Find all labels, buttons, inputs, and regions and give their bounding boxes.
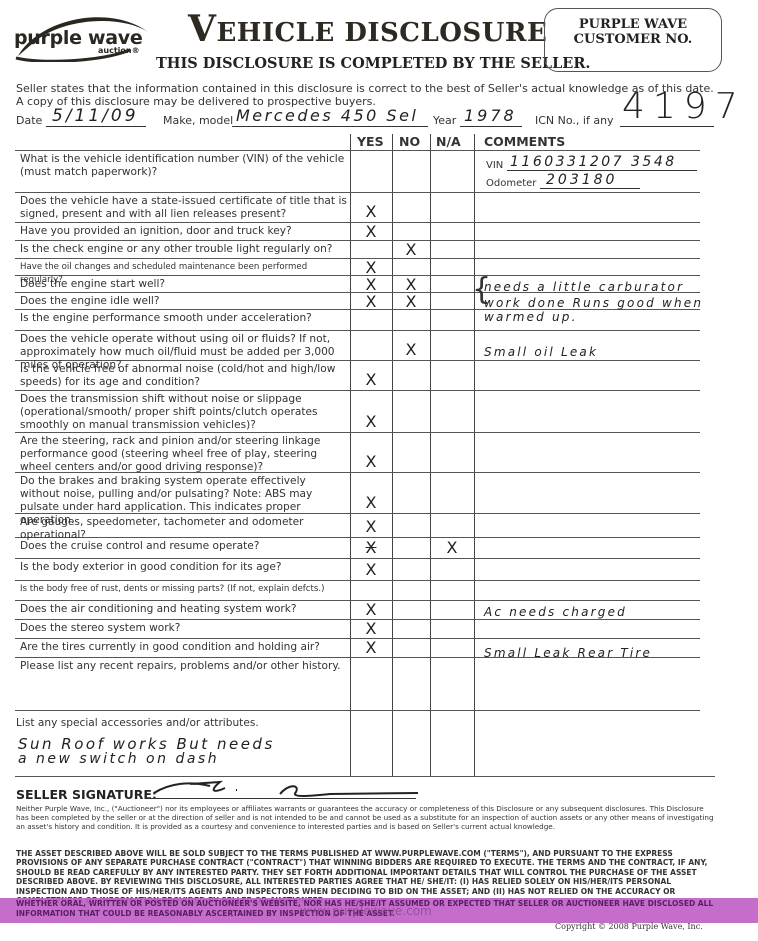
year-label: Year <box>433 114 456 127</box>
question-row: Does the transmission shift without nois… <box>20 393 348 432</box>
answer-cell-no[interactable] <box>392 309 430 330</box>
answer-cell-na[interactable] <box>433 472 471 513</box>
checkmark-x-icon: X <box>366 452 377 471</box>
question-row: Is the body exterior in good condition f… <box>20 561 348 574</box>
column-header-yes: YES <box>357 134 384 149</box>
column-header-comments: COMMENTS <box>484 134 565 149</box>
question-row: Is the engine performance smooth under a… <box>20 312 348 325</box>
answer-cell-no[interactable] <box>392 192 430 222</box>
answer-cell-no[interactable] <box>392 558 430 580</box>
signature-scribble-icon <box>150 778 420 800</box>
answer-cell-no[interactable] <box>392 258 430 275</box>
question-row: Are the tires currently in good conditio… <box>20 641 348 654</box>
page-title: VEHICLE DISCLOSURE <box>188 8 547 50</box>
answer-cell-na[interactable] <box>433 657 471 710</box>
column-header-na: N/A <box>436 134 461 149</box>
checkmark-x-icon: X <box>366 560 377 579</box>
checkmark-x-icon: X <box>366 517 377 536</box>
watermark: www.purplewave.com <box>300 904 432 918</box>
answer-cell-yes[interactable] <box>352 150 390 192</box>
comment-ac: Ac needs charged <box>484 605 627 619</box>
intro-text: Seller states that the information conta… <box>16 82 714 108</box>
checkmark-x-icon: X <box>406 340 417 359</box>
answer-cell-na[interactable] <box>433 580 471 600</box>
answer-cell-na[interactable] <box>433 275 471 292</box>
checkmark-x-icon: X <box>366 370 377 389</box>
answer-cell-no[interactable] <box>392 513 430 537</box>
comments-column-divider <box>474 134 475 776</box>
answer-cell-na[interactable] <box>433 638 471 657</box>
answer-cell-no[interactable] <box>392 657 430 710</box>
answer-cell-no[interactable] <box>392 537 430 558</box>
checkmark-x-icon: X <box>366 638 377 657</box>
question-row: Does the vehicle have a state-issued cer… <box>20 195 348 221</box>
answer-cell-no[interactable] <box>392 472 430 513</box>
answer-cell-no[interactable] <box>392 360 430 390</box>
answer-cell-na[interactable] <box>433 360 471 390</box>
checkmark-x-icon: X <box>366 538 377 557</box>
icn-value: 4197 <box>622 86 746 127</box>
checkmark-x-icon: X <box>366 619 377 638</box>
checkmark-x-icon: X <box>366 222 377 241</box>
comment-engine-line3: warmed up. <box>484 310 578 324</box>
make-model-value: Mercedes 450 Sel <box>236 106 418 125</box>
customer-number-label: PURPLE WAVE CUSTOMER NO. <box>544 17 722 47</box>
question-row: Is the body free of rust, dents or missi… <box>20 583 348 596</box>
column-header-no: NO <box>399 134 420 149</box>
answer-cell-yes[interactable] <box>352 580 390 600</box>
question-row: Have you provided an ignition, door and … <box>20 225 348 238</box>
terms-text: THE ASSET DESCRIBED ABOVE WILL BE SOLD S… <box>16 849 716 905</box>
vin-label: VIN <box>486 160 503 171</box>
checkmark-x-icon: X <box>366 412 377 431</box>
accessories-label: List any special accessories and/or attr… <box>16 717 259 729</box>
answer-cell-na[interactable] <box>433 292 471 309</box>
na-column-divider <box>430 134 431 776</box>
checkmark-x-icon: X <box>447 538 458 557</box>
question-row: Does the stereo system work? <box>20 622 348 635</box>
answer-cell-na[interactable] <box>433 390 471 432</box>
answer-cell-yes[interactable] <box>352 309 390 330</box>
vin-value: 1160331207 3548 <box>510 154 677 170</box>
icn-label: ICN No., if any <box>535 114 614 127</box>
page-subtitle: THIS DISCLOSURE IS COMPLETED BY THE SELL… <box>156 55 590 72</box>
question-row: Is the vehicle free of abnormal noise (c… <box>20 363 348 389</box>
question-row: Are gauges, speedometer, tachometer and … <box>20 516 348 542</box>
checkmark-x-icon: X <box>406 240 417 259</box>
comment-engine-line2: work done Runs good when <box>484 296 703 310</box>
checkmark-x-icon: X <box>366 202 377 221</box>
question-row: Does the air conditioning and heating sy… <box>20 603 348 616</box>
answer-cell-no[interactable] <box>392 580 430 600</box>
odometer-value: 203180 <box>546 172 617 188</box>
copyright: Copyright © 2008 Purple Wave, Inc. <box>555 922 703 931</box>
answer-cell-na[interactable] <box>433 619 471 638</box>
answer-cell-na[interactable] <box>433 558 471 580</box>
answer-cell-no[interactable] <box>392 638 430 657</box>
answer-cell-no[interactable] <box>392 600 430 619</box>
answer-cell-na[interactable] <box>433 192 471 222</box>
signature-label: SELLER SIGNATURE: <box>16 787 157 802</box>
answer-cell-na[interactable] <box>433 330 471 360</box>
checkmark-x-icon: X <box>366 493 377 512</box>
question-row: Does the cruise control and resume opera… <box>20 540 348 553</box>
checkmark-x-icon: X <box>366 600 377 619</box>
table-bottom-divider <box>15 710 700 711</box>
question-row: Is the check engine or any other trouble… <box>20 243 348 256</box>
answer-cell-no[interactable] <box>392 390 430 432</box>
question-row: Are the steering, rack and pinion and/or… <box>20 435 348 474</box>
question-row: What is the vehicle identification numbe… <box>20 153 348 179</box>
answer-cell-na[interactable] <box>433 222 471 240</box>
answer-cell-no[interactable] <box>392 150 430 192</box>
answer-cell-yes[interactable] <box>352 330 390 360</box>
answer-cell-no[interactable] <box>392 432 430 472</box>
answer-cell-na[interactable] <box>433 240 471 258</box>
yes-column-divider <box>350 134 351 776</box>
date-label: Date <box>16 114 42 127</box>
question-row: Does the engine start well? <box>20 278 348 291</box>
date-value: 5/11/09 <box>52 106 139 126</box>
answer-cell-yes[interactable] <box>352 657 390 710</box>
accessories-line2: a new switch on dash <box>18 751 219 767</box>
comment-engine-line1: needs a little carburator <box>484 280 684 294</box>
comment-oil: Small oil Leak <box>484 345 598 359</box>
make-label: Make, model <box>163 114 233 127</box>
accessories-divider <box>15 776 715 777</box>
answer-cell-na[interactable] <box>433 150 471 192</box>
answer-cell-na[interactable] <box>433 309 471 330</box>
year-value: 1978 <box>464 106 517 125</box>
answer-cell-na[interactable] <box>433 432 471 472</box>
comment-tires: Small Leak Rear Tire <box>484 646 652 660</box>
odometer-label: Odometer <box>486 178 536 189</box>
answer-cell-yes[interactable] <box>352 240 390 258</box>
answer-cell-na[interactable] <box>433 600 471 619</box>
question-row: Please list any recent repairs, problems… <box>20 660 348 673</box>
answer-cell-no[interactable] <box>392 619 430 638</box>
answer-cell-na[interactable] <box>433 258 471 275</box>
answer-cell-no[interactable] <box>392 222 430 240</box>
logo-subtext: auction® <box>98 46 140 55</box>
disclaimer-text: Neither Purple Wave, Inc., ("Auctioneer"… <box>16 804 716 832</box>
question-row: Does the engine idle well? <box>20 295 348 308</box>
answer-cell-na[interactable] <box>433 513 471 537</box>
